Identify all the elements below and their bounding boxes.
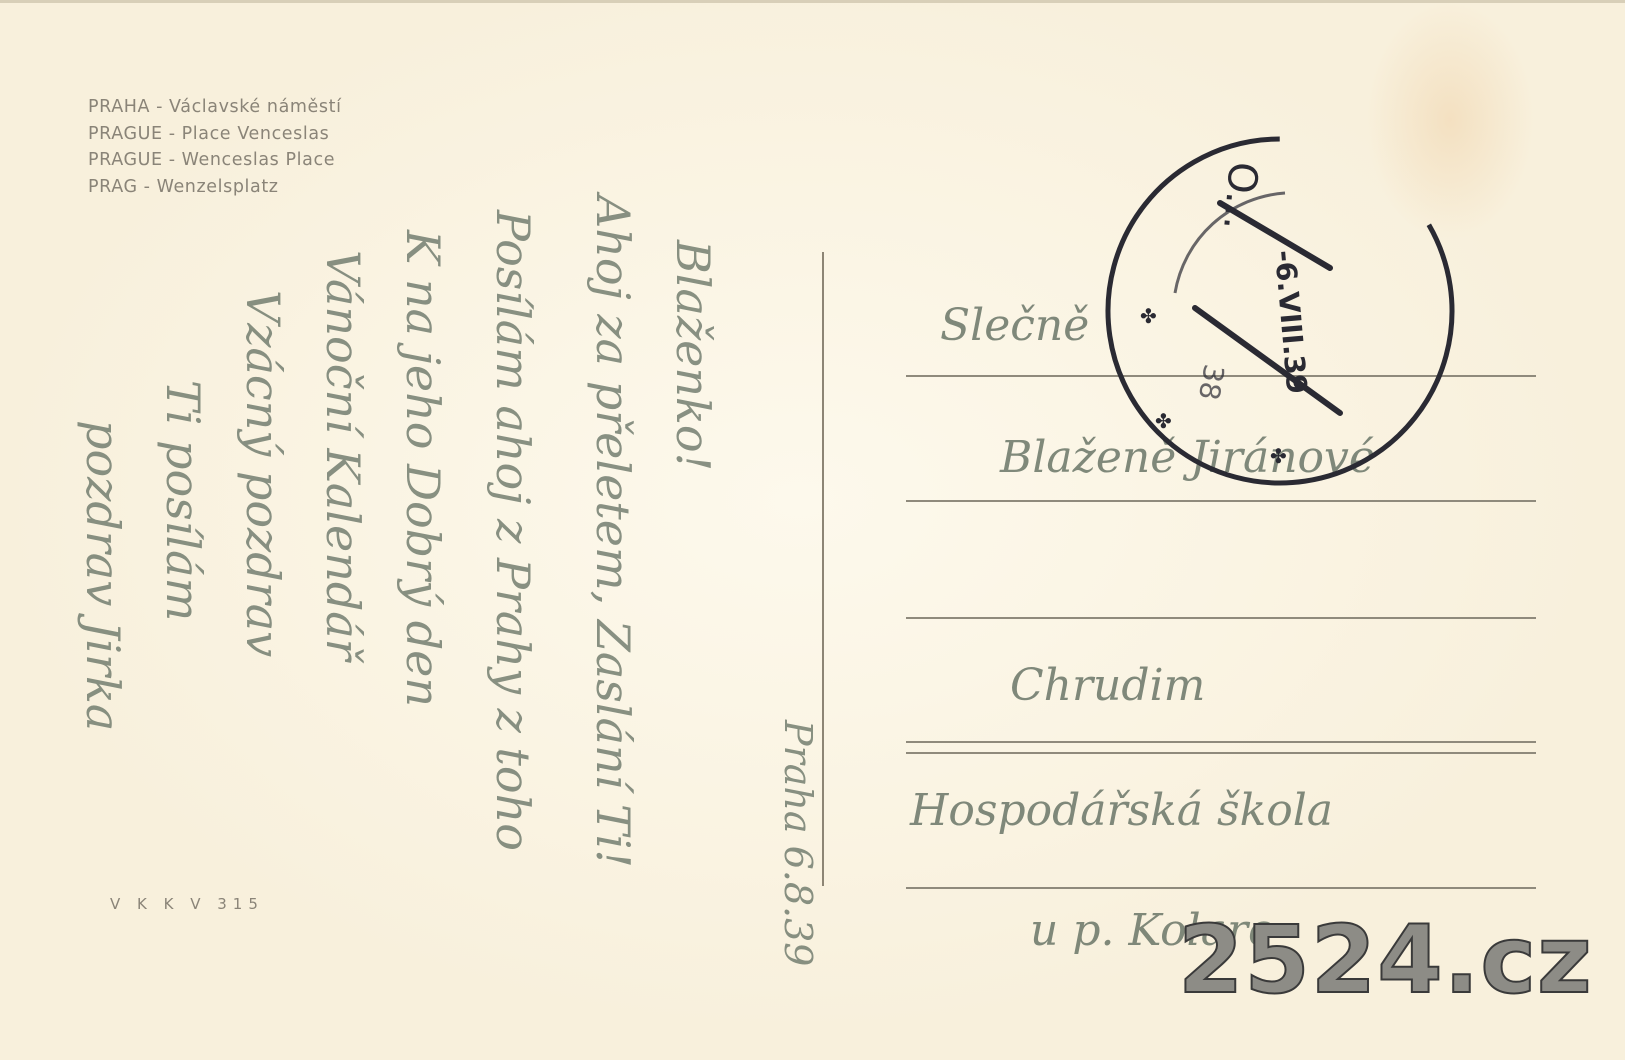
address-line — [906, 500, 1536, 502]
caption-line: PRAGUE-Place Venceslas — [88, 121, 342, 148]
message-column: Vzácný pozdrav — [236, 290, 290, 657]
address-town: Chrudim — [1010, 660, 1205, 711]
message-column: Blaženko! — [666, 240, 720, 471]
postmark-stamp: -6.VIII.39 O... 38 ✤ ✤ ✤ — [1100, 133, 1460, 493]
divider-line — [822, 252, 824, 886]
place-date: Praha 6.8.39 — [776, 720, 820, 966]
svg-text:✤: ✤ — [1270, 444, 1287, 468]
print-code: V K K V 315 — [110, 895, 264, 913]
postmark-date: -6.VIII.39 — [1268, 249, 1313, 396]
postmark-lower: 38 — [1192, 362, 1231, 403]
postmark-town: O... — [1214, 160, 1266, 232]
address-institution: Hospodářská škola — [910, 785, 1333, 836]
message-column: Posílám ahoj z Prahy z toho — [486, 210, 540, 851]
message-column: Vánoční Kalendář — [316, 250, 370, 661]
address-line — [906, 617, 1536, 619]
svg-text:✤: ✤ — [1140, 304, 1157, 328]
caption-line: PRAGUE-Wenceslas Place — [88, 147, 342, 174]
caption-line: PRAG-Wenzelsplatz — [88, 174, 342, 201]
message-column: K na jeho Dobrý den — [396, 230, 450, 707]
printed-caption: PRAHA-Václavské náměstí PRAGUE-Place Ven… — [88, 94, 342, 200]
message-column: Ti posílám — [156, 380, 210, 621]
address-line — [906, 887, 1536, 889]
address-line — [906, 752, 1536, 754]
address-salutation: Slečně — [940, 300, 1089, 351]
address-line — [906, 741, 1536, 743]
message-column: pozdrav Jirka — [76, 420, 130, 731]
message-column: Ahoj za přeletem, Zaslání Ti! — [586, 195, 640, 868]
postcard-back: PRAHA-Václavské náměstí PRAGUE-Place Ven… — [0, 0, 1625, 1060]
watermark: 2524.cz — [1178, 906, 1593, 1015]
svg-text:✤: ✤ — [1155, 409, 1172, 433]
caption-line: PRAHA-Václavské náměstí — [88, 94, 342, 121]
